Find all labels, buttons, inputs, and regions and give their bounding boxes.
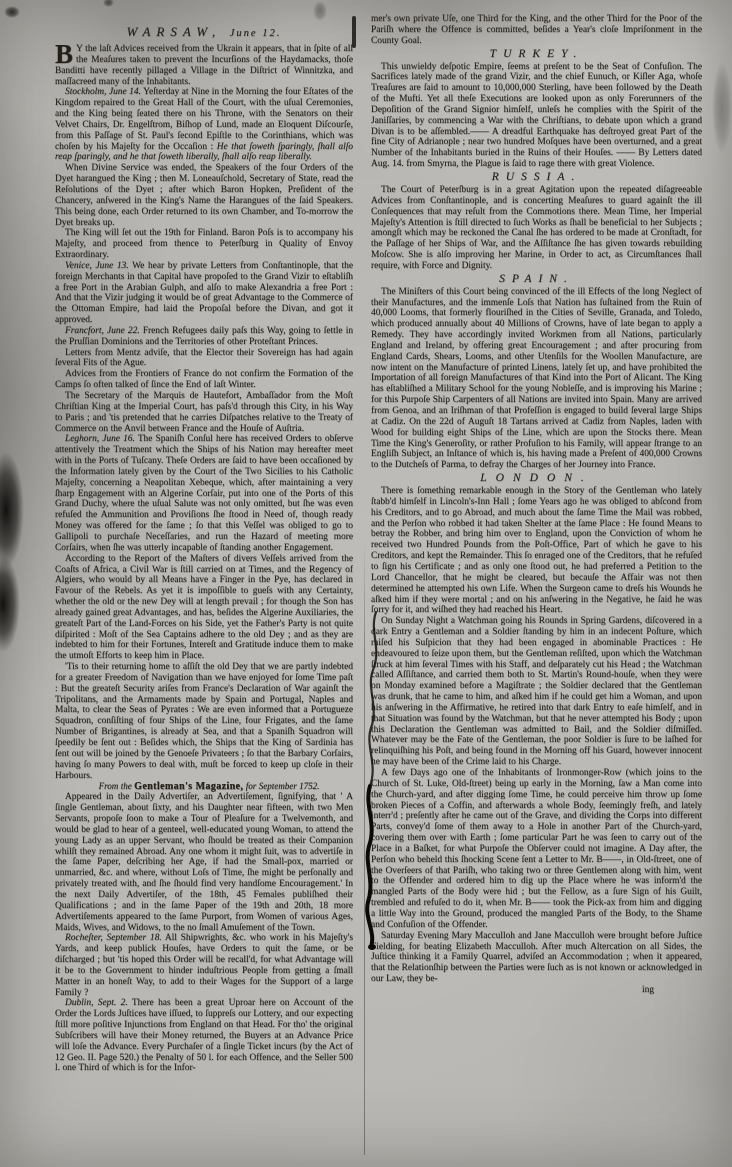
- warsaw-dateline-header: WARSAW, June 12.: [55, 24, 353, 42]
- article-dateline: Leghorn, June 16.: [65, 434, 135, 444]
- magazine-rule-suffix: for September 1752.: [246, 781, 320, 791]
- article-dublin: Dublin, Sept. 2. There has been a great …: [55, 998, 353, 1074]
- article-rochester: Rocheſter, September 18. All Shipwrights…: [55, 933, 353, 998]
- magazine-rule-prefix: From the: [99, 781, 132, 791]
- article-text: There has been a great Uproar here on Ac…: [55, 998, 353, 1073]
- article-navigation: 'Tis to their returning home to aſſiſt t…: [55, 662, 353, 781]
- article-london-watchman: On Sunday Night a Watchman going his Rou…: [371, 616, 702, 768]
- article-dateline: Dublin, Sept. 2.: [65, 998, 128, 1008]
- article-divine-service: When Divine Service was ended, the Speak…: [55, 163, 353, 228]
- article-dateline: Stockholm, June 14.: [65, 87, 141, 97]
- article-hautefort: The Secretary of the Marquis de Hautefor…: [55, 391, 353, 434]
- edge-smudge: [712, 62, 732, 154]
- article-warsaw-opening: BY the laſt Advices received from the Uk…: [55, 44, 353, 87]
- catchword: ing: [371, 985, 702, 996]
- article-algiers: According to the Report of the Maſters o…: [55, 554, 353, 662]
- article-advertisement: Appeared in the Daily Advertiſer, an Adv…: [55, 792, 353, 933]
- right-column: mer's own private Uſe, one Third for the…: [371, 14, 702, 1164]
- article-dateline: Rocheſter, September 18.: [65, 933, 162, 943]
- article-dateline: Francfort, June 22.: [65, 326, 140, 336]
- article-stockholm: Stockholm, June 14. Yeſterday at Nine in…: [55, 87, 353, 163]
- dateline-city: WARSAW,: [127, 24, 222, 39]
- article-leghorn: Leghorn, June 16. The Spaniſh Conſul her…: [55, 434, 353, 553]
- article-francfort: Francfort, June 22. French Refugees dail…: [55, 326, 353, 348]
- article-mentz: Letters from Mentz adviſe, that the Elec…: [55, 348, 353, 370]
- magazine-title: Gentleman's Magazine,: [134, 781, 243, 792]
- corner-speck: [103, 0, 114, 7]
- article-venice: Venice, June 13. We hear by private Lett…: [55, 261, 353, 326]
- ink-blot: [0, 556, 20, 652]
- article-text: Y the laſt Advices received from the Ukr…: [55, 44, 353, 87]
- article-turkey: This unwieldy deſpotic Empire, ſeems at …: [371, 62, 702, 170]
- dateline-date: June 12.: [230, 28, 282, 39]
- article-dateline: Venice, June 13.: [65, 261, 129, 271]
- drop-cap-letter: B: [55, 44, 76, 65]
- article-london-lincolns-inn: There is ſomething remarkable enough in …: [371, 486, 702, 616]
- article-text: The Spaniſh Conſul here has received Ord…: [55, 434, 353, 552]
- magazine-rule-line: From the Gentleman's Magazine, for Septe…: [55, 781, 353, 792]
- article-spain: The Miniſters of this Court being convin…: [371, 287, 702, 471]
- article-london-ironmonger-row: A few Days ago one of the Inhabitants of…: [371, 768, 702, 931]
- left-column: WARSAW, June 12. BY the laſt Advices rec…: [55, 24, 353, 1146]
- gutter-ink-dash: [352, 16, 356, 48]
- section-heading-spain: SPAIN.: [371, 273, 702, 286]
- article-london-macculloh: Saturday Evening Mary Macculloh and Jane…: [371, 931, 702, 985]
- section-heading-london: LONDON.: [371, 472, 702, 485]
- article-informer-continuation: mer's own private Uſe, one Third for the…: [371, 14, 702, 47]
- gutter-ink-squiggle: [360, 606, 394, 951]
- ink-blot: [0, 452, 24, 568]
- section-heading-russia: RUSSIA.: [371, 171, 702, 184]
- article-king-finland: The King will ſet out the 19th for Finla…: [55, 228, 353, 261]
- article-france-frontiers: Advices from the Frontiers of France do …: [55, 369, 353, 391]
- corner-speck: [4, 6, 20, 18]
- article-russia: The Court of Peterſburg is in a great Ag…: [371, 185, 702, 272]
- section-heading-turkey: TURKEY.: [371, 48, 702, 61]
- newspaper-page: WARSAW, June 12. BY the laſt Advices rec…: [0, 0, 732, 1167]
- margin-smudge: [313, 1, 327, 21]
